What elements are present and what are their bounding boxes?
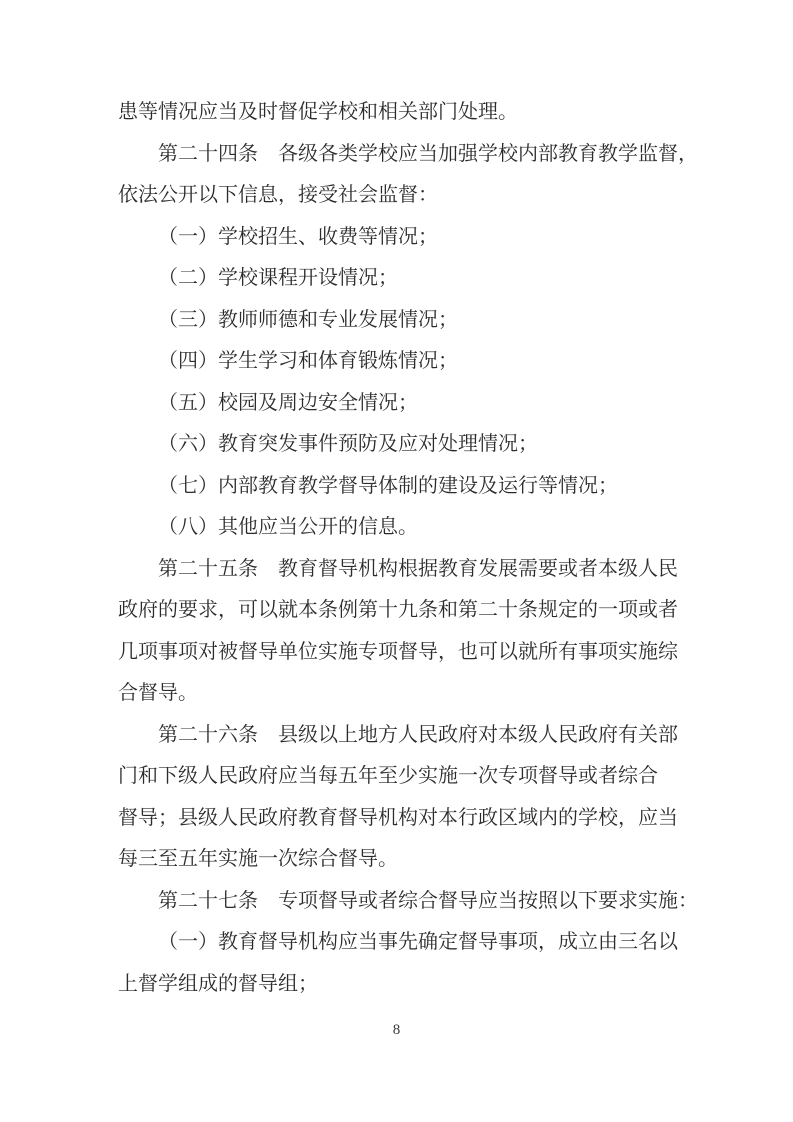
document-page: 患等情况应当及时督促学校和相关部门处理。第二十四条 各级各类学校应当加强学校内部…	[0, 0, 793, 1122]
text-line: （一）学校招生、收费等情况；	[118, 217, 680, 259]
text-line: （七）内部教育教学督导体制的建设及运行等情况；	[118, 466, 680, 508]
text-line: （三）教师师德和专业发展情况；	[118, 300, 680, 342]
document-body: 患等情况应当及时督促学校和相关部门处理。第二十四条 各级各类学校应当加强学校内部…	[118, 92, 680, 1005]
text-line: 每三至五年实施一次综合督导。	[118, 839, 680, 881]
page-number: 8	[0, 1022, 793, 1038]
text-line: 门和下级人民政府应当每五年至少实施一次专项督导或者综合	[118, 756, 680, 798]
text-line: （六）教育突发事件预防及应对处理情况；	[118, 424, 680, 466]
text-line: 患等情况应当及时督促学校和相关部门处理。	[118, 92, 680, 134]
text-line: 第二十六条 县级以上地方人民政府对本级人民政府有关部	[118, 715, 680, 757]
text-line: （一）教育督导机构应当事先确定督导事项，成立由三名以	[118, 922, 680, 964]
text-line: 政府的要求，可以就本条例第十九条和第二十条规定的一项或者	[118, 590, 680, 632]
text-line: （八）其他应当公开的信息。	[118, 507, 680, 549]
text-line: 合督导。	[118, 673, 680, 715]
text-line: 第二十四条 各级各类学校应当加强学校内部教育教学监督，	[118, 134, 680, 176]
text-line: 第二十五条 教育督导机构根据教育发展需要或者本级人民	[118, 549, 680, 591]
text-line: 第二十七条 专项督导或者综合督导应当按照以下要求实施：	[118, 881, 680, 923]
text-line: 上督学组成的督导组；	[118, 964, 680, 1006]
text-line: （四）学生学习和体育锻炼情况；	[118, 341, 680, 383]
text-line: （二）学校课程开设情况；	[118, 258, 680, 300]
text-line: （五）校园及周边安全情况；	[118, 383, 680, 425]
text-line: 依法公开以下信息，接受社会监督：	[118, 175, 680, 217]
text-line: 几项事项对被督导单位实施专项督导，也可以就所有事项实施综	[118, 632, 680, 674]
text-line: 督导；县级人民政府教育督导机构对本行政区域内的学校，应当	[118, 798, 680, 840]
